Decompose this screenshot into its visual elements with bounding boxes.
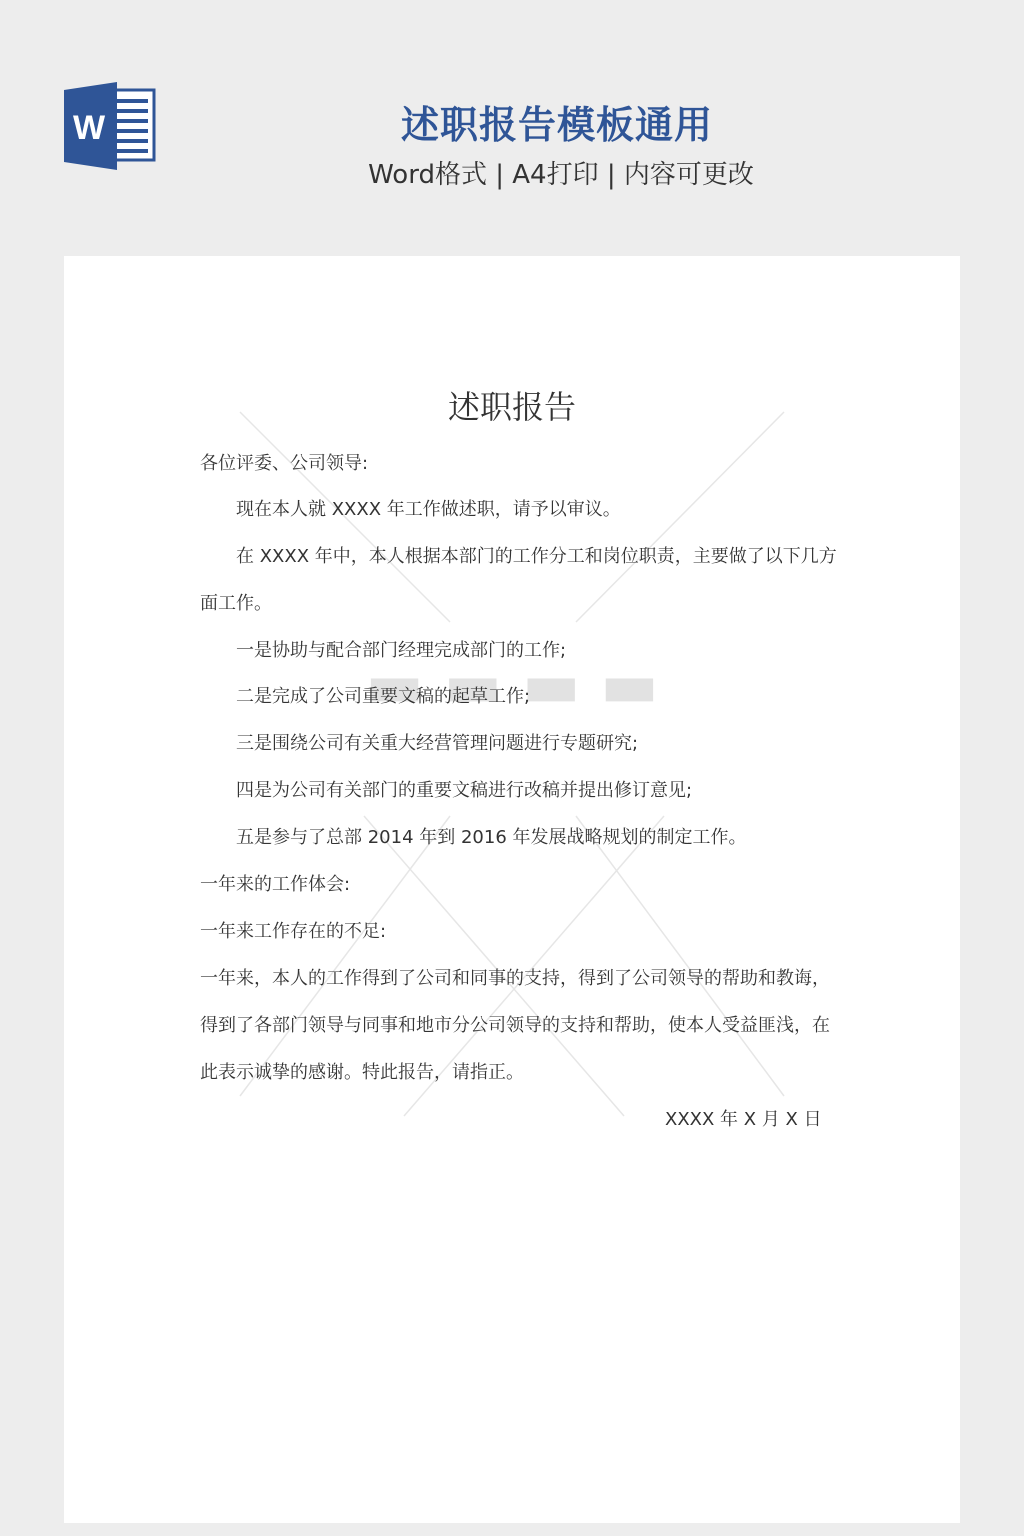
list-item: 三是围绕公司有关重大经营管理问题进行专题研究; [236, 729, 638, 755]
section-heading: 一年来的工作体会: [200, 870, 350, 896]
list-item: 二是完成了公司重要文稿的起草工作; [236, 682, 530, 708]
list-item: 五是参与了总部 2014 年到 2016 年发展战略规划的制定工作。 [236, 823, 747, 849]
section-heading: 一年来工作存在的不足: [200, 917, 386, 943]
list-item: 四是为公司有关部门的重要文稿进行改稿并提出修订意见; [236, 776, 692, 802]
paragraph: 一年来，本人的工作得到了公司和同事的支持，得到了公司领导的帮助和教诲， [200, 964, 830, 990]
list-item: 一是协助与配合部门经理完成部门的工作; [236, 636, 566, 662]
paragraph: 此表示诚挚的感谢。特此报告，请指正。 [200, 1058, 524, 1084]
paragraph: 得到了各部门领导与同事和地市分公司领导的支持和帮助，使本人受益匪浅，在 [200, 1011, 830, 1037]
paragraph: 在 XXXX 年中，本人根据本部门的工作分工和岗位职责，主要做了以下几方 [236, 542, 837, 568]
document-title: 述职报告 [64, 382, 960, 428]
page-title: 述职报告模板通用 [0, 94, 1024, 149]
document-date: XXXX 年 X 月 X 日 [665, 1105, 822, 1131]
paragraph: 面工作。 [200, 589, 272, 615]
document-page: ▬ ▬ ▬ ▬ [64, 256, 960, 1523]
page-subtitle: Word格式 | A4打印 | 内容可更改 [0, 154, 1024, 191]
salutation: 各位评委、公司领导: [200, 449, 368, 475]
watermark-lines: ▬ ▬ ▬ ▬ [64, 256, 960, 1523]
paragraph: 现在本人就 XXXX 年工作做述职，请予以审议。 [236, 495, 621, 521]
